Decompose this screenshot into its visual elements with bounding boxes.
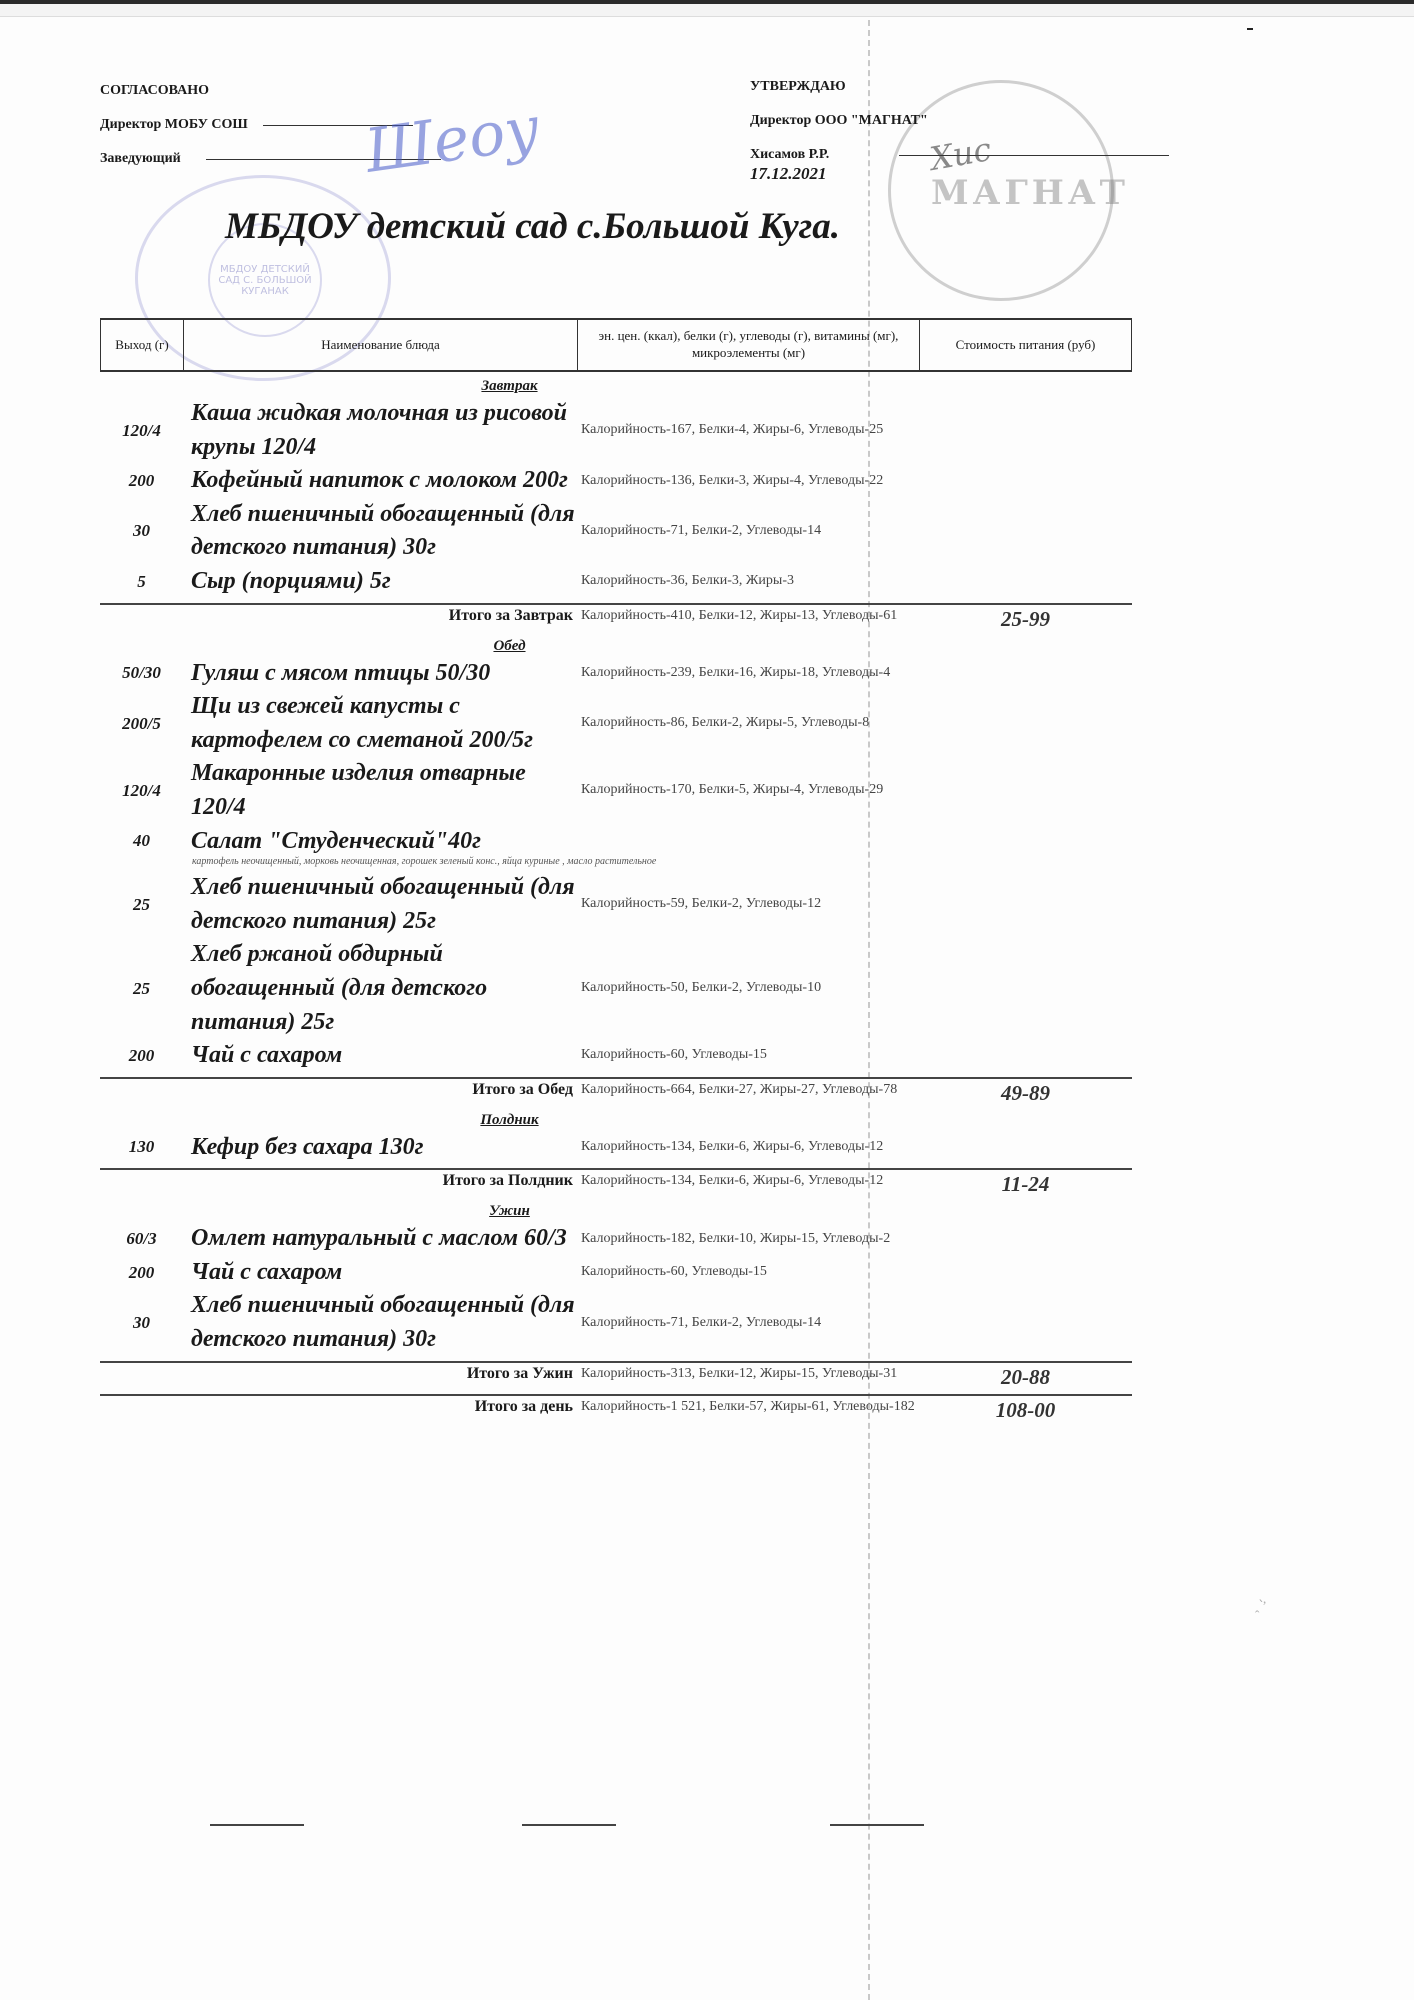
section-title: Обед [100,632,919,657]
dish-yield: 30 [100,1313,183,1333]
dish-name: Кофейный напиток с молоком 200г [183,464,577,498]
menu-row: 200Кофейный напиток с молоком 200гКалори… [100,464,1132,498]
dish-name: Макаронные изделия отварные 120/4 [183,757,577,824]
table-header: Выход (г) Наименование блюда эн. цен. (к… [100,318,1132,372]
dish-nutrition: Калорийность-71, Белки-2, Углеводы-14 [577,522,919,541]
menu-row: 200Чай с сахаромКалорийность-60, Углевод… [100,1256,1132,1290]
signature-line [830,1824,924,1826]
dish-yield: 25 [100,979,183,999]
dish-yield: 130 [100,1137,183,1157]
dish-name: Гуляш с мясом птицы 50/30 [183,657,577,691]
signature-line [522,1824,616,1826]
menu-row: 25Хлеб ржаной обдирный обогащенный (для … [100,938,1132,1039]
document-title: МБДОУ детский сад с.Большой Куга. [225,205,840,248]
dish-yield: 40 [100,831,183,851]
total-nutrition: Калорийность-134, Белки-6, Жиры-6, Углев… [577,1172,919,1191]
dish-nutrition: Калорийность-182, Белки-10, Жиры-15, Угл… [577,1230,919,1249]
day-total-row: Итого за день Калорийность-1 521, Белки-… [100,1394,1132,1423]
dish-nutrition: Калорийность-136, Белки-3, Жиры-4, Углев… [577,472,919,491]
menu-row: 60/3Омлет натуральный с маслом 60/3Калор… [100,1222,1132,1256]
menu-row: 50/30Гуляш с мясом птицы 50/30Калорийнос… [100,657,1132,691]
dish-nutrition: Калорийность-239, Белки-16, Жиры-18, Угл… [577,664,919,683]
menu-row: 25Хлеб пшеничный обогащенный (для детско… [100,871,1132,938]
dish-nutrition: Калорийность-60, Углеводы-15 [577,1046,919,1065]
dish-nutrition: Калорийность-167, Белки-4, Жиры-6, Углев… [577,421,919,440]
scan-top-margin [0,4,1414,17]
total-cost: 20-88 [919,1365,1132,1390]
dish-yield: 30 [100,521,183,541]
approval-heading: УТВЕРЖДАЮ [750,70,1169,104]
dish-nutrition: Калорийность-134, Белки-6, Жиры-6, Углев… [577,1138,919,1157]
approval-director-label: Директор ООО "МАГНАТ" [750,104,1169,138]
dish-nutrition: Калорийность-59, Белки-2, Углеводы-12 [577,895,919,914]
menu-row: 120/4Макаронные изделия отварные 120/4Ка… [100,757,1132,824]
section-total-row: Итого за ЗавтракКалорийность-410, Белки-… [100,603,1132,632]
total-label: Итого за Завтрак [100,607,577,625]
dish-nutrition: Калорийность-50, Белки-2, Углеводы-10 [577,979,919,998]
section-total-row: Итого за ПолдникКалорийность-134, Белки-… [100,1168,1132,1197]
dish-name: Каша жидкая молочная из рисовой крупы 12… [183,397,577,464]
signature-line [210,1824,304,1826]
total-label: Итого за Обед [100,1081,577,1099]
dish-name: Хлеб ржаной обдирный обогащенный (для де… [183,938,577,1039]
dish-nutrition: Калорийность-86, Белки-2, Жиры-5, Углево… [577,714,919,733]
dish-nutrition: Калорийность-71, Белки-2, Углеводы-14 [577,1314,919,1333]
column-header-dish: Наименование блюда [183,320,577,370]
menu-row: 130Кефир без сахара 130гКалорийность-134… [100,1131,1132,1165]
menu-sections: Завтрак120/4Каша жидкая молочная из рисо… [100,372,1132,1390]
section-title: Завтрак [100,372,919,397]
menu-table: Выход (г) Наименование блюда эн. цен. (к… [100,318,1132,1423]
total-cost: 49-89 [919,1081,1132,1106]
approval-heading: СОГЛАСОВАНО [100,74,441,108]
dish-name: Салат "Студенческий"40г [183,825,577,859]
section-total-row: Итого за УжинКалорийность-313, Белки-12,… [100,1361,1132,1390]
dish-yield: 120/4 [100,781,183,801]
total-nutrition: Калорийность-313, Белки-12, Жиры-15, Угл… [577,1365,919,1384]
dish-yield: 120/4 [100,421,183,441]
dish-name: Чай с сахаром [183,1039,577,1073]
dish-name: Хлеб пшеничный обогащенный (для детского… [183,498,577,565]
dish-nutrition: Калорийность-36, Белки-3, Жиры-3 [577,572,919,591]
approval-head-label: Заведующий [100,151,181,167]
dish-yield: 200 [100,1046,183,1066]
approval-signer-name: Хисамов Р.Р. [750,147,829,163]
total-cost: 25-99 [919,607,1132,632]
dish-yield: 200 [100,471,183,491]
column-header-nutrition: эн. цен. (ккал), белки (г), углеводы (г)… [577,320,919,370]
dish-name: Хлеб пшеничный обогащенный (для детского… [183,1289,577,1356]
dish-name: Омлет натуральный с маслом 60/3 [183,1222,577,1256]
menu-row: 120/4Каша жидкая молочная из рисовой кру… [100,397,1132,464]
dish-yield: 5 [100,572,183,592]
dish-yield: 200/5 [100,714,183,734]
dish-yield: 25 [100,895,183,915]
dish-yield: 60/3 [100,1229,183,1249]
dish-yield: 200 [100,1263,183,1283]
dish-yield: 50/30 [100,663,183,683]
dish-name: Кефир без сахара 130г [183,1131,577,1165]
menu-row: 5Сыр (порциями) 5гКалорийность-36, Белки… [100,565,1132,599]
column-header-yield: Выход (г) [100,320,183,370]
total-cost: 108-00 [919,1398,1132,1423]
section-title: Ужин [100,1197,919,1222]
menu-row: 30Хлеб пшеничный обогащенный (для детско… [100,498,1132,565]
total-nutrition: Калорийность-410, Белки-12, Жиры-13, Угл… [577,607,919,626]
dish-ingredients: картофель неочищенный, морковь неочищенн… [100,856,1132,867]
total-cost: 11-24 [919,1172,1132,1197]
section-title: Полдник [100,1106,919,1131]
menu-row: 30Хлеб пшеничный обогащенный (для детско… [100,1289,1132,1356]
dish-nutrition: Калорийность-60, Углеводы-15 [577,1263,919,1282]
menu-row: 200Чай с сахаромКалорийность-60, Углевод… [100,1039,1132,1073]
dish-nutrition: Калорийность-170, Белки-5, Жиры-4, Углев… [577,781,919,800]
approval-director-label: Директор МОБУ СОШ [100,117,248,133]
section-total-row: Итого за ОбедКалорийность-664, Белки-27,… [100,1077,1132,1106]
total-nutrition: Калорийность-664, Белки-27, Жиры-27, Угл… [577,1081,919,1100]
column-header-cost: Стоимость питания (руб) [919,320,1132,370]
dish-name: Щи из свежей капусты с картофелем со сме… [183,690,577,757]
total-label: Итого за Ужин [100,1365,577,1383]
total-label: Итого за Полдник [100,1172,577,1190]
menu-row: 200/5Щи из свежей капусты с картофелем с… [100,690,1132,757]
scan-speck: ꞈ՝ʼ [1255,1598,1267,1614]
total-nutrition: Калорийность-1 521, Белки-57, Жиры-61, У… [577,1398,919,1417]
dish-name: Чай с сахаром [183,1256,577,1290]
dish-name: Сыр (порциями) 5г [183,565,577,599]
total-label: Итого за день [100,1398,577,1416]
menu-row: 40Салат "Студенческий"40г [100,825,1132,859]
dish-name: Хлеб пшеничный обогащенный (для детского… [183,871,577,938]
scan-speck [1247,28,1253,30]
